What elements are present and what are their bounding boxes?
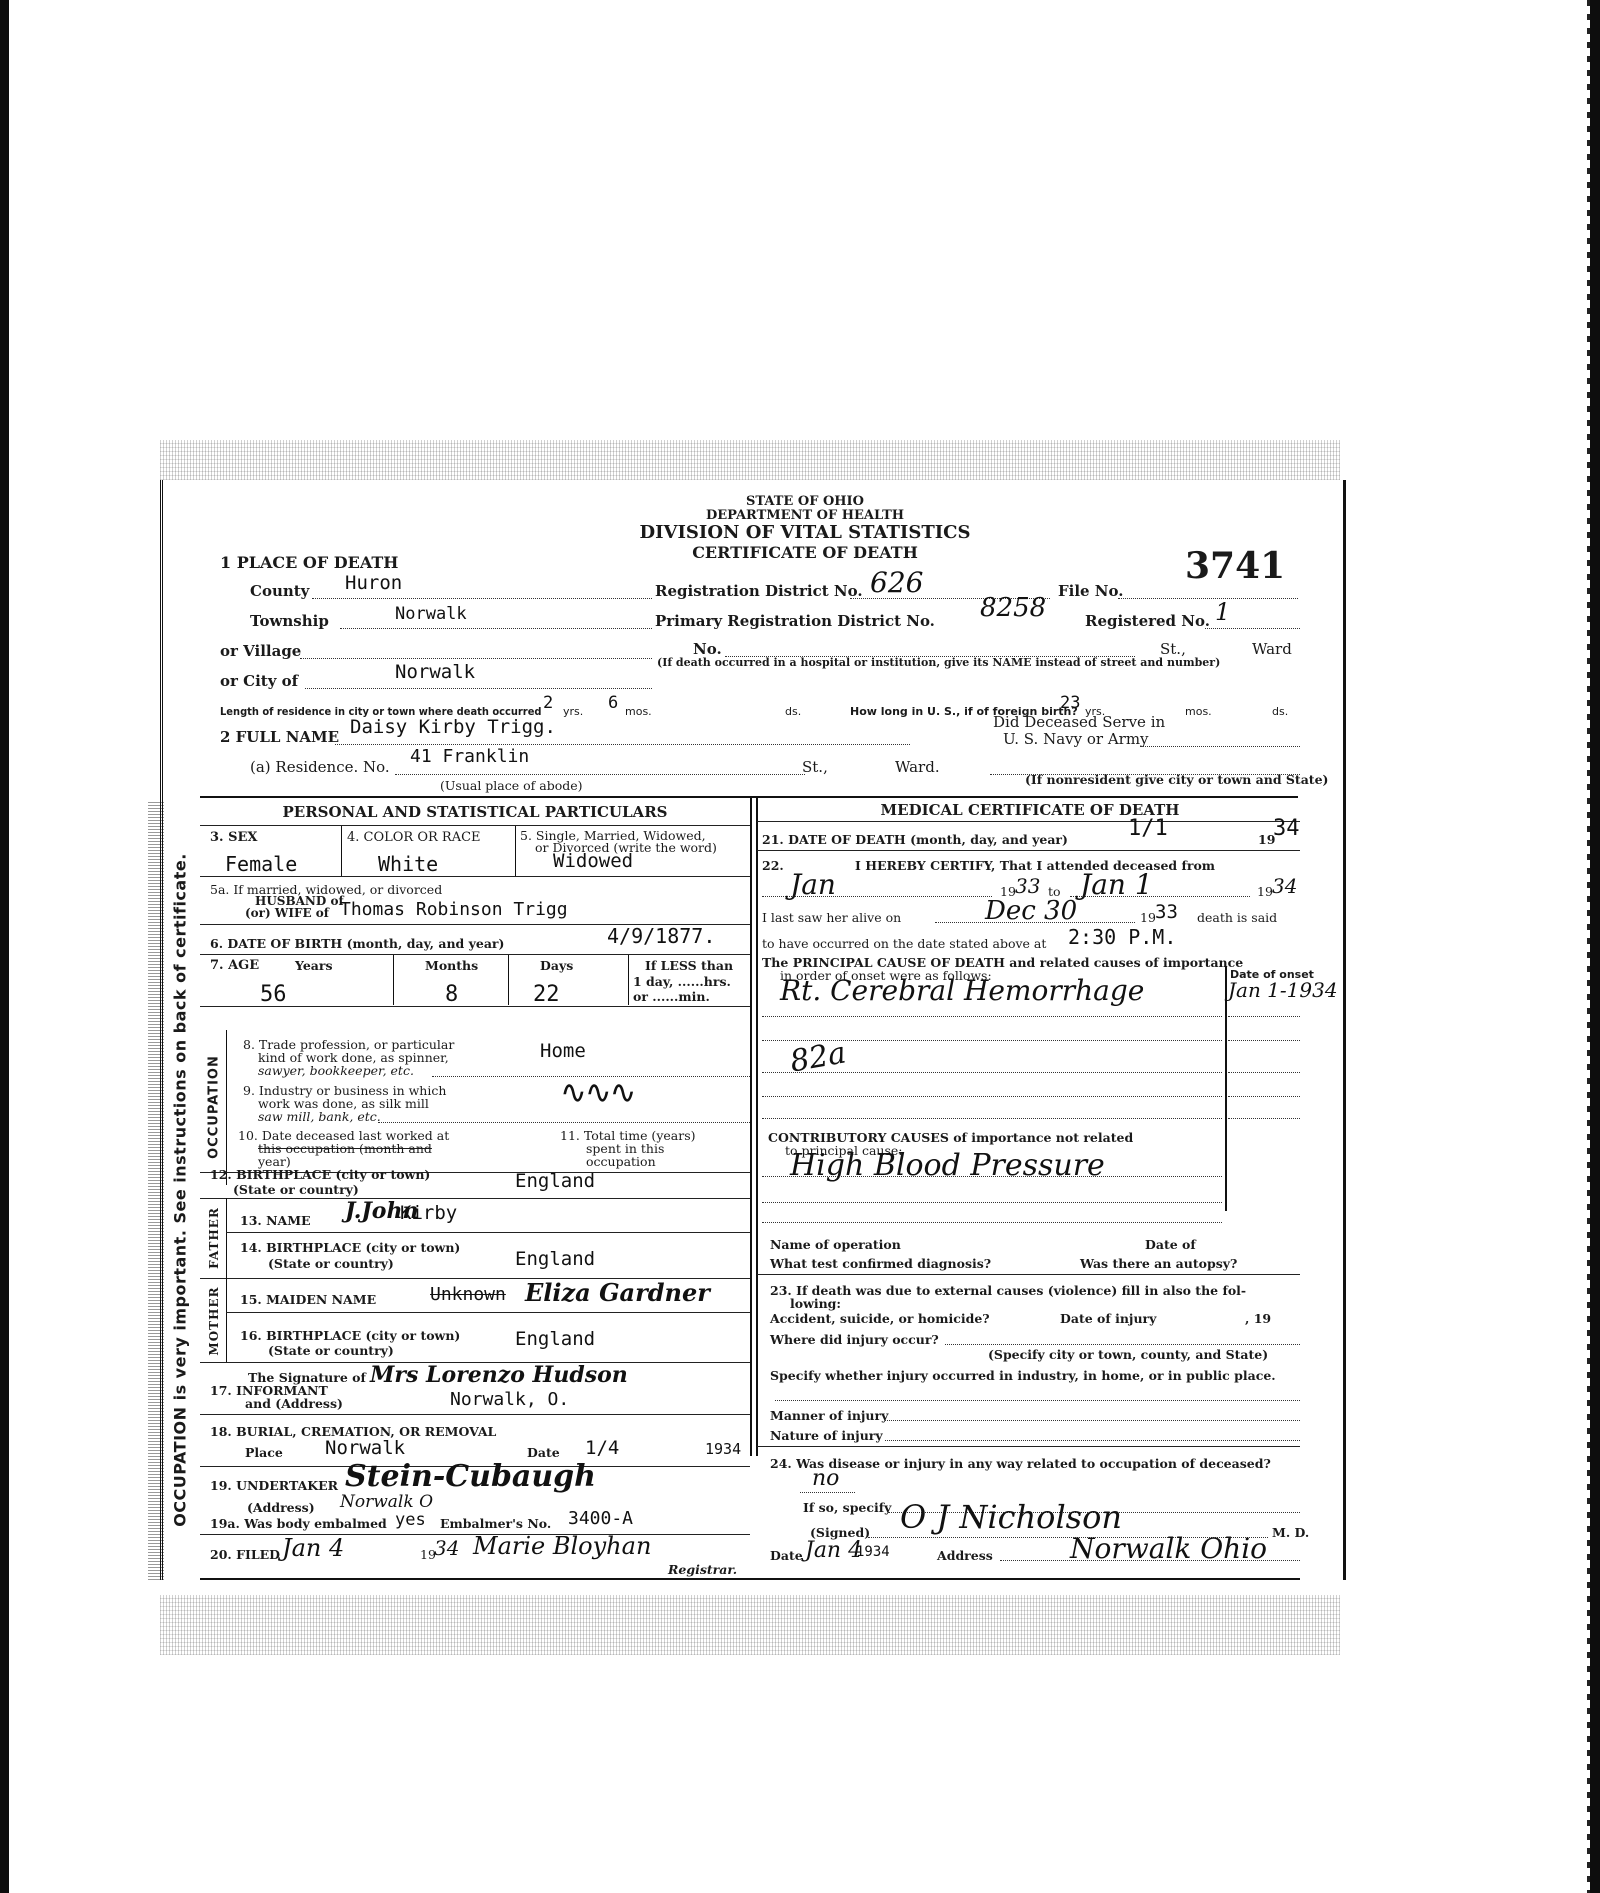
hospital-note: (If death occurred in a hospital or inst… [657, 656, 1220, 669]
signed-date-year: 1934 [856, 1544, 890, 1560]
residence-label: (a) Residence. No. [250, 758, 390, 776]
sex-race-divider [341, 826, 342, 876]
divider-center [750, 796, 752, 1456]
father-name-value: Kirby [400, 1202, 457, 1224]
trade-value: Home [540, 1040, 586, 1062]
occupation-related-line [800, 1492, 855, 1493]
file-no-value: 3741 [1185, 545, 1285, 587]
autopsy-label: Was there an autopsy? [1080, 1256, 1237, 1271]
file-no-label: File No. [1058, 582, 1124, 600]
physician-address-value: Norwalk Ohio [1070, 1532, 1267, 1565]
sex-label: 3. SEX [210, 830, 257, 845]
embalmer-no-value: 3400-A [568, 1508, 633, 1529]
contrib-line-2 [762, 1202, 1222, 1203]
residence-years-value: 2 [543, 693, 553, 713]
certify-label-no: 22. [762, 858, 784, 873]
last-saw-year: 33 [1155, 901, 1178, 923]
age-days-value: 22 [533, 982, 560, 1007]
city-value: Norwalk [395, 661, 475, 683]
us-ds-label: ds. [1272, 705, 1288, 718]
military-label-1: Did Deceased Serve in [993, 713, 1165, 731]
department-heading: DEPARTMENT OF HEALTH [640, 508, 970, 523]
full-name-label: 2 FULL NAME [220, 728, 339, 746]
industry-label-3: saw mill, bank, etc. [258, 1109, 381, 1124]
undertaker-label: 19. UNDERTAKER [210, 1478, 338, 1493]
age-years-label: Years [295, 958, 333, 973]
death-year-value: 34 [1273, 816, 1300, 841]
spouse-value: Thomas Robinson Trigg [340, 899, 568, 920]
injury-where-note: (Specify city or town, county, and State… [988, 1347, 1268, 1362]
primary-reg-district-value: 8258 [980, 593, 1046, 623]
us-years-value: 23 [1060, 693, 1080, 713]
divider-main-bottom [200, 1578, 1300, 1580]
physician-signature: O J Nicholson [900, 1498, 1122, 1536]
reg-district-value: 626 [870, 566, 923, 599]
file-no-line [1118, 598, 1298, 599]
burial-place-value: Norwalk [325, 1437, 405, 1459]
nonresident-note: (If nonresident give city or town and St… [1025, 772, 1328, 787]
contrib-value: High Blood Pressure [790, 1148, 1105, 1183]
certify-label: I HEREBY CERTIFY, That I attended deceas… [855, 858, 1215, 873]
medical-divider-2 [757, 850, 1300, 851]
medical-divider-1 [757, 821, 1300, 822]
death-said-label: death is said [1197, 910, 1277, 925]
personal-section-title: PERSONAL AND STATISTICAL PARTICULARS [200, 803, 750, 821]
injury-year-label: , 19 [1245, 1311, 1271, 1326]
personal-divider-5 [200, 1006, 750, 1007]
county-line [312, 598, 652, 599]
medical-divider-3 [757, 1274, 1300, 1275]
city-line [305, 688, 652, 689]
personal-divider-7 [200, 1198, 750, 1199]
burial-year-value: 1934 [705, 1440, 741, 1458]
occupation-related-value: no [812, 1466, 839, 1491]
scan-edge-right-dashes [1587, 0, 1590, 1893]
age-label: 7. AGE [210, 958, 259, 973]
test-label: What test confirmed diagnosis? [770, 1256, 991, 1271]
informant-burial-divider [200, 1414, 750, 1415]
mother-birthplace-label-1: 16. BIRTHPLACE (city or town) [240, 1328, 460, 1343]
filed-label: 20. FILED [210, 1547, 280, 1562]
dob-value: 4/9/1877. [607, 924, 715, 948]
birthplace-label-2: (State or country) [233, 1182, 359, 1197]
county-label: County [250, 582, 309, 600]
burial-place-label: Place [245, 1445, 283, 1460]
external-label-1: 23. If death was due to external causes … [770, 1283, 1246, 1298]
father-birthplace-label-1: 14. BIRTHPLACE (city or town) [240, 1240, 460, 1255]
cause-line-4 [762, 1096, 1222, 1097]
race-marital-divider [515, 826, 516, 876]
embalmed-value: yes [395, 1510, 426, 1530]
operation-label: Name of operation [770, 1237, 901, 1252]
father-birthplace-label-2: (State or country) [268, 1256, 394, 1271]
last-saw-label: I last saw her alive on [762, 910, 901, 925]
death-time-value: 2:30 P.M. [1068, 925, 1176, 949]
contrib-line-1 [762, 1176, 1222, 1177]
undertaker-address: Norwalk O [340, 1492, 433, 1512]
spouse-label-3: (or) WIFE of [245, 906, 329, 920]
divider-main-top [200, 796, 1298, 798]
industry-value: ∿∿∿ [560, 1073, 634, 1111]
physician-address-label: Address [937, 1548, 993, 1563]
registrar-signature: Marie Bloyhan [473, 1532, 651, 1560]
age-divider-3 [628, 955, 629, 1005]
sex-value: Female [225, 852, 297, 876]
age-months-value: 8 [445, 982, 458, 1007]
city-label: or City of [220, 672, 298, 690]
total-time-label-3: occupation [586, 1154, 656, 1169]
mother-maiden-value: Eliza Gardner [525, 1278, 710, 1307]
onset-line-3 [1228, 1072, 1300, 1073]
village-line [300, 658, 652, 659]
mother-maiden-label: 15. MAIDEN NAME [240, 1292, 376, 1307]
injury-date-label: Date of injury [1060, 1311, 1156, 1326]
divider-center-2 [756, 796, 758, 1456]
county-value: Huron [345, 572, 402, 594]
personal-divider-4 [200, 954, 750, 955]
external-label-2: lowing: [790, 1296, 841, 1311]
mother-birthplace-label-2: (State or country) [268, 1343, 394, 1358]
attended-to-year: 34 [1272, 874, 1297, 898]
usual-abode-note: (Usual place of abode) [440, 778, 583, 793]
scan-noise-top [160, 440, 1340, 480]
embalmer-no-label: Embalmer's No. [440, 1516, 551, 1531]
operation-date-label: Date of [1145, 1237, 1196, 1252]
trade-label-3: sawyer, bookkeeper, etc. [258, 1063, 414, 1078]
military-line [1140, 746, 1300, 747]
mother-birthplace-value: England [515, 1328, 595, 1350]
father-divider [226, 1232, 750, 1233]
cause-line-5 [762, 1118, 1222, 1119]
attended-to-year-prefix: 19 [1257, 884, 1273, 899]
filed-year: 34 [434, 1536, 459, 1560]
md-label: M. D. [1272, 1525, 1309, 1540]
medical-section-title: MEDICAL CERTIFICATE OF DEATH [760, 801, 1300, 819]
cause-value: Rt. Cerebral Hemorrhage [780, 974, 1144, 1007]
primary-reg-district-label: Primary Registration District No. [655, 612, 935, 630]
residence-ds-label: ds. [785, 705, 801, 718]
injury-where-label: Where did injury occur? [770, 1332, 939, 1347]
informant-signature: Mrs Lorenzo Hudson [370, 1362, 628, 1388]
onset-line-5 [1228, 1118, 1300, 1119]
industry-line [378, 1122, 750, 1123]
age-months-label: Months [425, 958, 478, 973]
residence-st-label: St., [802, 758, 828, 776]
township-line [340, 628, 652, 629]
signed-date-label: Date [770, 1548, 803, 1563]
residence-months-value: 6 [608, 693, 618, 713]
injury-place-line [775, 1400, 1300, 1401]
date-of-death-label: 21. DATE OF DEATH (month, day, and year) [762, 832, 1068, 847]
township-label: Township [250, 612, 329, 630]
informant-address: Norwalk, O. [450, 1389, 569, 1410]
mother-side-divider [226, 1278, 227, 1363]
onset-line-2 [1228, 1040, 1300, 1041]
less-than-label-2: 1 day, ......hrs. [633, 974, 731, 989]
cause-line-1 [762, 1016, 1222, 1017]
full-name-line [335, 744, 910, 745]
mother-side-label: MOTHER [204, 1280, 224, 1362]
birthplace-value: England [515, 1170, 595, 1192]
dob-label: 6. DATE OF BIRTH (month, day, and year) [210, 936, 504, 951]
contrib-line-3 [762, 1222, 1222, 1223]
village-label: or Village [220, 642, 301, 660]
scan-edge-right [1590, 0, 1600, 1893]
registered-no-line [1205, 628, 1300, 629]
embalmed-label: 19a. Was body embalmed [210, 1516, 387, 1531]
accident-label: Accident, suicide, or homicide? [770, 1311, 990, 1326]
us-mos-label: mos. [1185, 705, 1212, 718]
attended-to-value: Jan 1 [1080, 868, 1153, 901]
township-value: Norwalk [395, 604, 467, 624]
age-divider-2 [508, 955, 509, 1005]
residence-value: 41 Franklin [410, 746, 529, 767]
personal-divider-1 [200, 825, 750, 826]
informant-label-3: and (Address) [245, 1396, 343, 1411]
personal-divider-2 [200, 876, 750, 877]
mother-maiden-struck: Unknown [430, 1284, 506, 1305]
manner-line [885, 1420, 1300, 1421]
age-years-value: 56 [260, 982, 287, 1007]
injury-place-label: Specify whether injury occurred in indus… [770, 1368, 1276, 1383]
father-side-divider [226, 1198, 227, 1278]
undertaker-address-label: (Address) [247, 1500, 315, 1515]
attended-from-year: 33 [1015, 874, 1040, 898]
occupation-related-label: 24. Was disease or injury in any way rel… [770, 1456, 1271, 1471]
date-of-death-value: 1/1 [1128, 816, 1168, 841]
registered-no-label: Registered No. [1085, 612, 1210, 630]
burial-date-value: 1/4 [585, 1437, 619, 1459]
ward-label: Ward [1252, 640, 1292, 658]
manner-label: Manner of injury [770, 1408, 888, 1423]
if-so-label: If so, specify [803, 1500, 891, 1515]
reg-district-label: Registration District No. [655, 582, 863, 600]
onset-value: Jan 1-1934 [1228, 978, 1338, 1002]
less-than-label-3: or ......min. [633, 989, 710, 1004]
residence-line [395, 774, 805, 775]
age-days-label: Days [540, 958, 573, 973]
medical-divider-4 [757, 1446, 1300, 1447]
race-label: 4. COLOR OR RACE [347, 830, 481, 845]
birthplace-label-1: 12. BIRTHPLACE (city or town) [210, 1167, 430, 1182]
military-label-2: U. S. Navy or Army [1003, 730, 1149, 748]
nature-label: Nature of injury [770, 1428, 883, 1443]
attended-from-value: Jan [790, 868, 836, 901]
onset-line-4 [1228, 1096, 1300, 1097]
residence-yrs-label: yrs. [563, 705, 583, 718]
burial-date-label: Date [527, 1445, 560, 1460]
place-of-death-label: 1 PLACE OF DEATH [220, 553, 398, 572]
race-value: White [378, 852, 438, 876]
onset-column-divider [1225, 966, 1227, 1211]
father-birthplace-value: England [515, 1248, 595, 1270]
division-heading: DIVISION OF VITAL STATISTICS [600, 522, 1010, 543]
age-divider-1 [393, 955, 394, 1005]
occurred-label: to have occurred on the date stated abov… [762, 936, 1046, 951]
nature-line [885, 1440, 1300, 1441]
mother-divider [226, 1312, 750, 1313]
last-saw-year-prefix: 19 [1140, 910, 1156, 925]
last-saw-value: Dec 30 [985, 896, 1077, 926]
filed-date: Jan 4 [282, 1534, 344, 1562]
residence-ward-label: Ward. [895, 758, 940, 776]
less-than-label-1: If LESS than [645, 958, 733, 973]
certificate-heading: CERTIFICATE OF DEATH [640, 543, 970, 562]
injury-where-line [945, 1344, 1300, 1345]
signed-date-value: Jan 4 [805, 1538, 862, 1563]
marital-value: Widowed [553, 850, 633, 872]
scan-edge-left [0, 0, 9, 1893]
scan-noise-bottom [160, 1595, 1340, 1655]
state-heading: STATE OF OHIO [640, 494, 970, 509]
full-name-value: Daisy Kirby Trigg. [350, 716, 556, 738]
undertaker-name: Stein-Cubaugh [345, 1459, 596, 1494]
occupation-side-label: OCCUPATION [204, 1032, 224, 1182]
father-name-label: 13. NAME [240, 1213, 311, 1228]
occupation-side-divider [226, 1030, 227, 1185]
residence-mos-label: mos. [625, 705, 652, 718]
father-side-label: FATHER [204, 1200, 224, 1276]
registered-no-value: 1 [1215, 598, 1230, 626]
onset-line-1 [1228, 1016, 1300, 1017]
registrar-label: Registrar. [668, 1562, 737, 1577]
